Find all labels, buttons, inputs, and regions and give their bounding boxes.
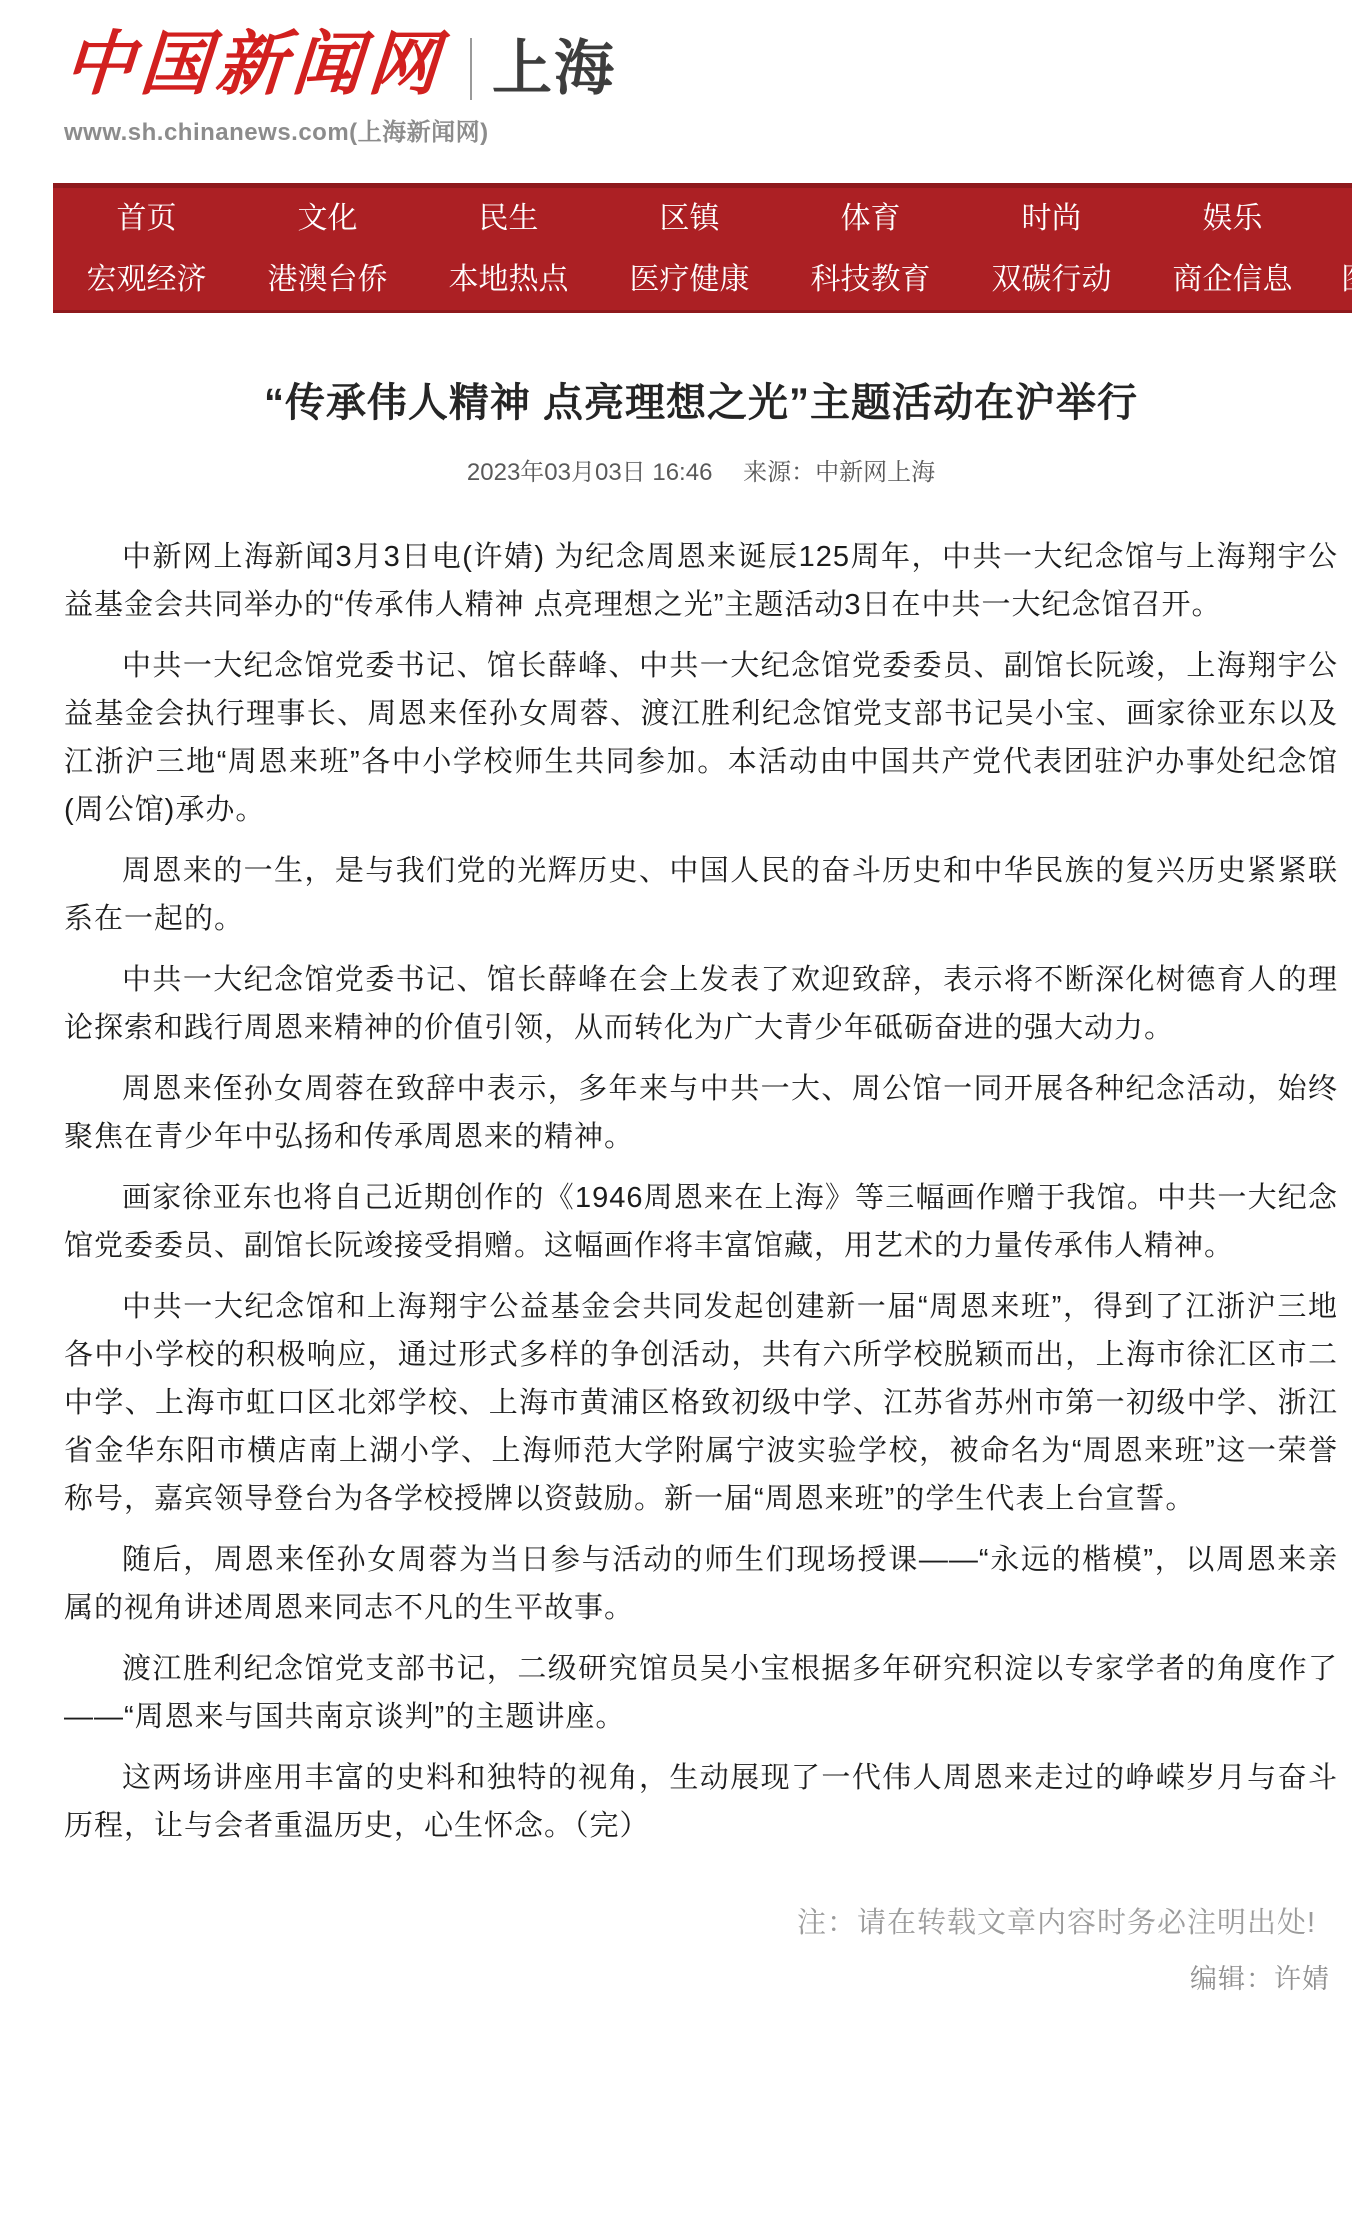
logo-row: 中国新闻网 上海 bbox=[64, 16, 1352, 108]
article-title: “传承伟人精神 点亮理想之光”主题活动在沪举行 bbox=[64, 375, 1338, 431]
logo-divider bbox=[470, 38, 472, 100]
nav-item-sports[interactable]: 体育 bbox=[780, 188, 961, 249]
nav-item-culture[interactable]: 文化 bbox=[237, 188, 418, 249]
site-region-label: 上海 bbox=[492, 30, 616, 108]
article-paragraph: 中共一大纪念馆和上海翔宇公益基金会共同发起创建新一届“周恩来班”，得到了江浙沪三… bbox=[64, 1283, 1338, 1523]
article-paragraph: 这两场讲座用丰富的史料和独特的视角，生动展现了一代伟人周恩来走过的峥嵘岁月与奋斗… bbox=[64, 1754, 1338, 1850]
nav-row-2: 宏观经济 港澳台侨 本地热点 医疗健康 科技教育 双碳行动 商企信息 图 bbox=[53, 249, 1352, 310]
article-meta: 2023年03月03日 16:46 来源：中新网上海 bbox=[64, 457, 1338, 489]
nav-item-home[interactable]: 首页 bbox=[56, 188, 237, 249]
nav-item-macro-economy[interactable]: 宏观经济 bbox=[56, 249, 237, 310]
article-source: 来源：中新网上海 bbox=[743, 459, 935, 486]
nav-item-hk-macao-taiwan[interactable]: 港澳台侨 bbox=[237, 249, 418, 310]
nav-item-medical-health[interactable]: 医疗健康 bbox=[599, 249, 780, 310]
nav-item-fashion[interactable]: 时尚 bbox=[961, 188, 1142, 249]
nav-item-sci-tech-education[interactable]: 科技教育 bbox=[780, 249, 961, 310]
site-logo[interactable]: 中国新闻网 bbox=[61, 20, 447, 108]
nav-item-business-info[interactable]: 商企信息 bbox=[1142, 249, 1323, 310]
site-url: www.sh.chinanews.com(上海新闻网) bbox=[64, 112, 1352, 147]
site-header: 中国新闻网 上海 www.sh.chinanews.com(上海新闻网) bbox=[0, 0, 1352, 147]
main-nav-bar: 首页 文化 民生 区镇 体育 时尚 娱乐 宏观经济 港澳台侨 本地热点 医疗健康… bbox=[53, 183, 1352, 313]
nav-item-local-hotspots[interactable]: 本地热点 bbox=[418, 249, 599, 310]
article-paragraph: 画家徐亚东也将自己近期创作的《1946周恩来在上海》等三幅画作赠于我馆。中共一大… bbox=[64, 1174, 1338, 1270]
publish-date: 2023年03月03日 16:46 bbox=[467, 459, 713, 486]
article-body: 中新网上海新闻3月3日电(许婧) 为纪念周恩来诞辰125周年，中共一大纪念馆与上… bbox=[64, 533, 1338, 1850]
nav-item-entertainment[interactable]: 娱乐 bbox=[1142, 188, 1323, 249]
article-paragraph: 周恩来的一生，是与我们党的光辉历史、中国人民的奋斗历史和中华民族的复兴历史紧紧联… bbox=[64, 847, 1338, 943]
nav-item-dual-carbon[interactable]: 双碳行动 bbox=[961, 249, 1142, 310]
article-paragraph: 周恩来侄孙女周蓉在致辞中表示，多年来与中共一大、周公馆一同开展各种纪念活动，始终… bbox=[64, 1065, 1338, 1161]
article: “传承伟人精神 点亮理想之光”主题活动在沪举行 2023年03月03日 16:4… bbox=[64, 375, 1338, 1996]
reprint-note: 注：请在转载文章内容时务必注明出处! bbox=[64, 1900, 1338, 1941]
article-paragraph: 随后，周恩来侄孙女周蓉为当日参与活动的师生们现场授课——“永远的楷模”，以周恩来… bbox=[64, 1536, 1338, 1632]
editor-credit: 编辑：许婧 bbox=[64, 1957, 1338, 1996]
article-paragraph: 中共一大纪念馆党委书记、馆长薛峰在会上发表了欢迎致辞，表示将不断深化树德育人的理… bbox=[64, 956, 1338, 1052]
nav-item-districts[interactable]: 区镇 bbox=[599, 188, 780, 249]
article-paragraph: 中新网上海新闻3月3日电(许婧) 为纪念周恩来诞辰125周年，中共一大纪念馆与上… bbox=[64, 533, 1338, 629]
article-paragraph: 渡江胜利纪念馆党支部书记，二级研究馆员吴小宝根据多年研究积淀以专家学者的角度作了… bbox=[64, 1645, 1338, 1741]
nav-row-1: 首页 文化 民生 区镇 体育 时尚 娱乐 bbox=[53, 188, 1352, 249]
nav-item-photos-partial[interactable]: 图 bbox=[1323, 249, 1352, 310]
nav-item-livelihood[interactable]: 民生 bbox=[418, 188, 599, 249]
article-paragraph: 中共一大纪念馆党委书记、馆长薛峰、中共一大纪念馆党委委员、副馆长阮竣，上海翔宇公… bbox=[64, 642, 1338, 834]
